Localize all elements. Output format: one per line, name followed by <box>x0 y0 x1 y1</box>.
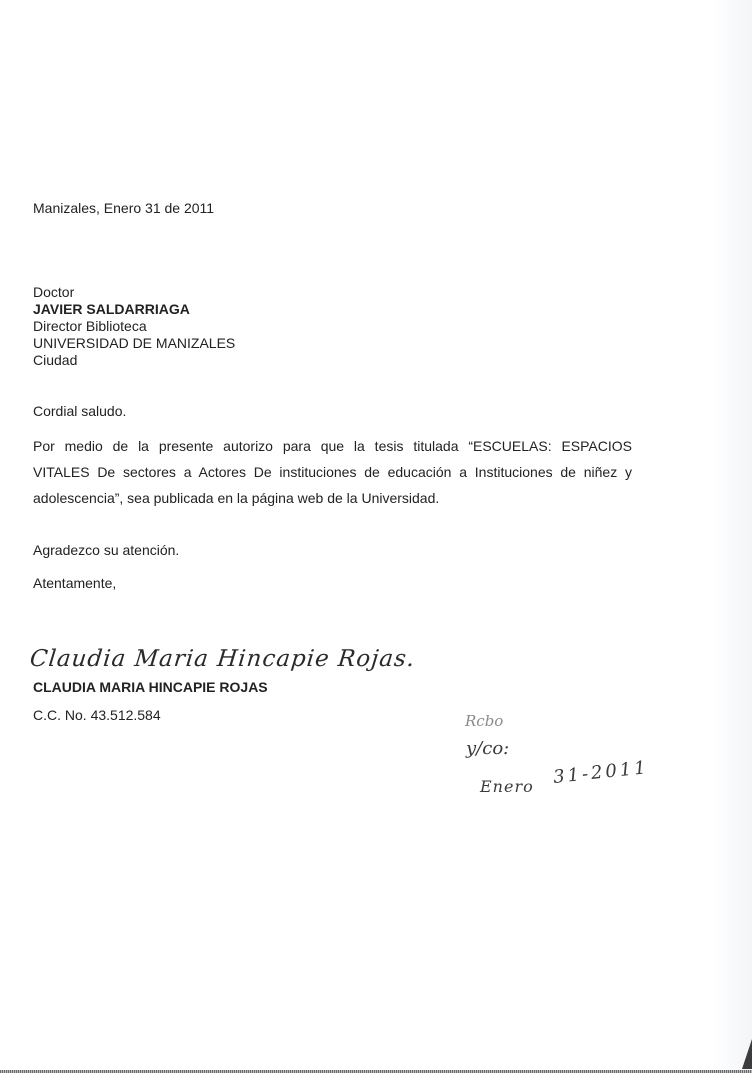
recipient-institution: UNIVERSIDAD DE MANIZALES <box>33 335 235 352</box>
greeting: Cordial saludo. <box>33 403 126 420</box>
annotation-line: Enero <box>480 777 534 796</box>
scan-shadow <box>712 0 752 1073</box>
recipient-title: Doctor <box>33 284 74 301</box>
scan-corner-artifact <box>742 1039 752 1069</box>
annotation-line: Rcbo <box>465 712 503 730</box>
body-line: VITALES De sectores a Actores De institu… <box>33 459 632 485</box>
recipient-city: Ciudad <box>33 352 77 369</box>
body-line: Por medio de la presente autorizo para q… <box>33 433 632 459</box>
handwritten-signature: Claudia Maria Hincapie Rojas. <box>29 646 417 672</box>
signer-id: C.C. No. 43.512.584 <box>33 707 161 724</box>
signer-name: CLAUDIA MARIA HINCAPIE ROJAS <box>33 679 268 696</box>
body-paragraph: Por medio de la presente autorizo para q… <box>33 433 632 511</box>
closing: Atentamente, <box>33 575 116 592</box>
body-line: adolescencia”, sea publicada en la págin… <box>33 485 632 511</box>
annotation-line: y/co: <box>466 738 509 759</box>
recipient-name: JAVIER SALDARRIAGA <box>33 301 190 318</box>
recipient-position: Director Biblioteca <box>33 318 147 335</box>
thanks-line: Agradezco su atención. <box>33 542 179 559</box>
scanned-letter-page: Manizales, Enero 31 de 2011 Doctor JAVIE… <box>0 0 752 1073</box>
place-date: Manizales, Enero 31 de 2011 <box>33 200 214 217</box>
annotation-line: 31-2011 <box>552 757 649 788</box>
